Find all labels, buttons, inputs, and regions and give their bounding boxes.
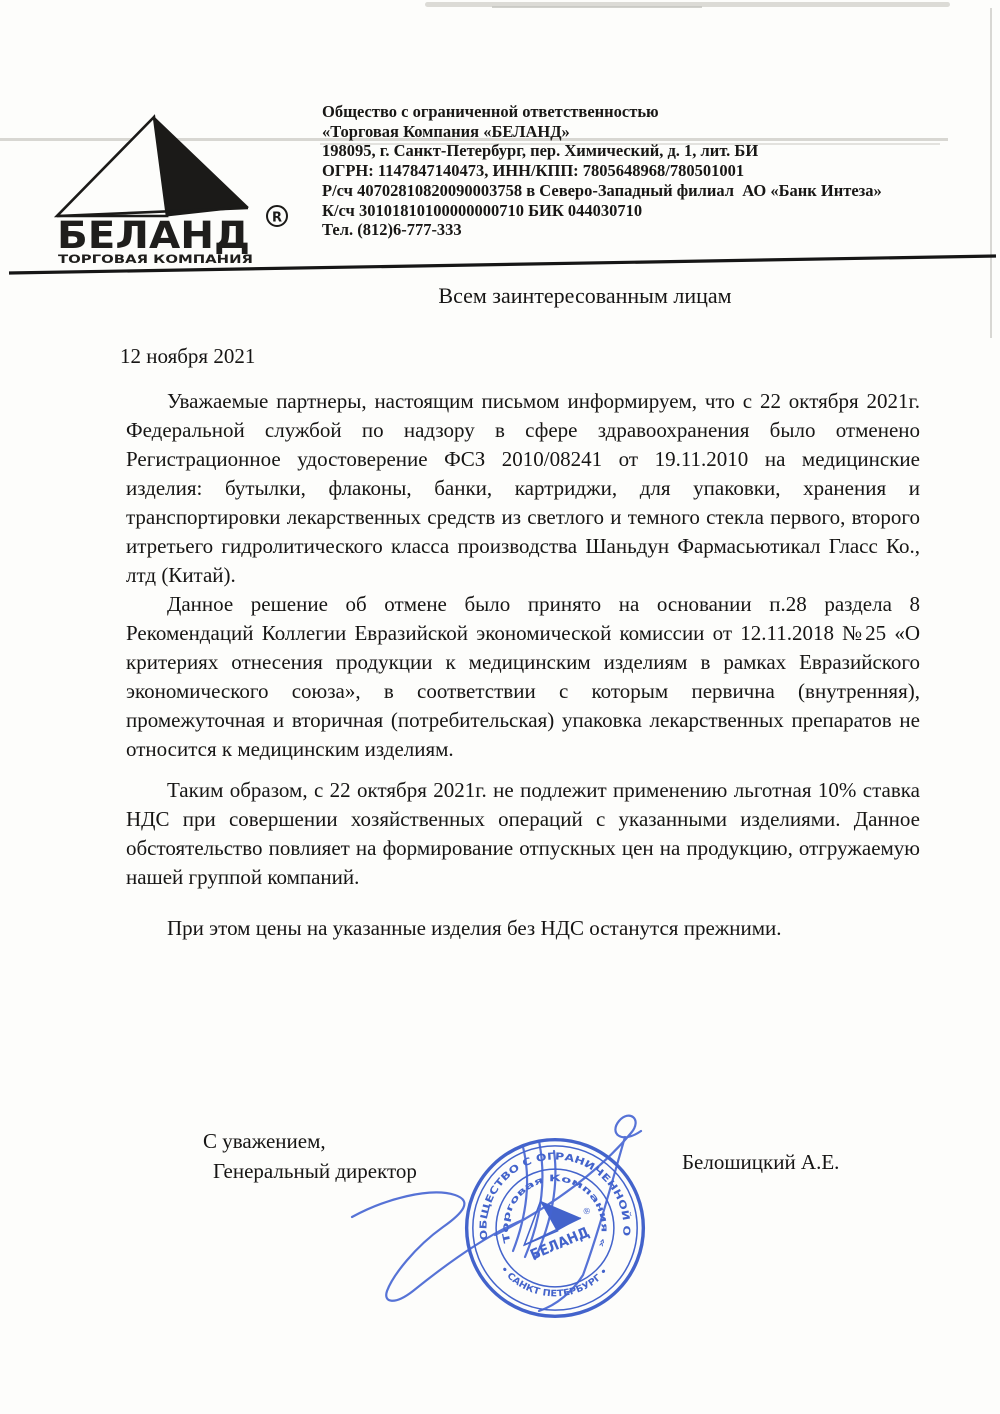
- letterhead-line: 198095, г. Санкт-Петербург, пер. Химичес…: [322, 141, 922, 161]
- recipient-line: Всем заинтересованным лицам: [0, 283, 1000, 309]
- letterhead-block: Общество с ограниченной ответственностью…: [322, 102, 922, 240]
- paragraph: Таким образом, с 22 октября 2021г. не по…: [126, 776, 920, 892]
- pyramid-logo-icon: [57, 117, 248, 216]
- scan-artifact-top-dash: [492, 6, 702, 8]
- signature-icon: [335, 1095, 675, 1325]
- letterhead-line: К/сч 30101810100000000710 БИК 044030710: [322, 201, 922, 221]
- registered-trademark: R: [272, 211, 282, 226]
- header-divider: [6, 248, 998, 278]
- signer-name: Белошицкий А.Е.: [682, 1150, 839, 1175]
- letterhead-line: Общество с ограниченной ответственностью: [322, 102, 922, 122]
- letterhead-line: Тел. (812)6-777-333: [322, 220, 922, 240]
- letterhead-line: ОГРН: 1147847140473, ИНН/КПП: 7805648968…: [322, 161, 922, 181]
- letter-date: 12 ноября 2021: [120, 344, 255, 369]
- letter-body: Уважаемые партнеры, настоящим письмом ин…: [126, 387, 920, 943]
- paragraph: При этом цены на указанные изделия без Н…: [126, 914, 920, 943]
- letterhead-line: Р/сч 40702810820090003758 в Северо-Запад…: [322, 181, 922, 201]
- paragraph: Данное решение об отмене было принято на…: [126, 590, 920, 764]
- paragraph: Уважаемые партнеры, настоящим письмом ин…: [126, 387, 920, 590]
- scanned-letter-page: R БЕЛАНД ТОРГОВАЯ КОМПАНИЯ Общество с ог…: [0, 0, 1000, 1414]
- letterhead-line: «Торговая Компания «БЕЛАНД»: [322, 122, 922, 142]
- scan-artifact-top-smudge: [425, 2, 950, 7]
